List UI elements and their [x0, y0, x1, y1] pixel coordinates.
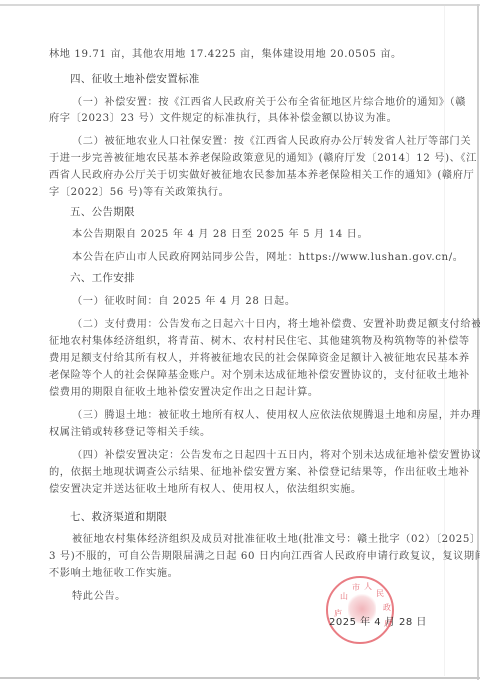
section-six-p4-line1: （四）补偿安置决定：公告发布之日起四十五日内，将对个别未达成征地补偿安置协议 [72, 449, 442, 463]
section-seven-heading: 七、救济渠道和期限 [70, 510, 462, 524]
section-six-p2-line2: 征地农村集体经济组织，将青苗、树木、农村村民住宅、其他建筑物及构筑物等的补偿等 [49, 335, 441, 349]
section-six-p2-line4: 老保险等个人的社会保障基金账户。对个别未达成征地补偿安置协议的，支付征收土地补 [49, 369, 441, 383]
land-area-text: 林地 19.71 亩，其他农用地 17.4225 亩，集体建设用地 20.050… [49, 48, 441, 62]
page-right-border [477, 4, 479, 680]
official-seal: 庐 山 市 人 民 政 府 [326, 576, 394, 644]
notice-period-text: 本公告期限自 2025 年 4 月 28 日至 2025 年 5 月 14 日。 [72, 228, 442, 242]
website-notice-text: 本公告在庐山市人民政府网站同步公告，网址：https://www.lushan.… [72, 251, 442, 265]
section-six-p4-line2: 的，依据土地现状调查公示结果、征地补偿安置方案、补偿登记结果等，作出征收土地补 [49, 466, 441, 480]
section-six-p2-line3: 费用足额支付给其所有权人，并将被征地农民的社会保障资金足额计入被征地农民基本养 [49, 352, 441, 366]
section-six-p3-line2: 权属注销或转移登记等相关手续。 [49, 426, 441, 440]
section-four-p2-line3: 西省人民政府办公厅关于切实做好被征地农民参加基本养老保险相关工作的通知》(赣府厅 [49, 169, 441, 183]
section-six-p4-line3: 偿安置决定并送达征收土地所有权人、使用权人，依法组织实施。 [49, 483, 441, 497]
section-four-p2-line4: 字〔2022〕56 号)等有关政策执行。 [49, 186, 441, 200]
seal-text: 庐 山 市 人 民 政 府 [328, 578, 396, 646]
section-four-heading: 四、征收土地补偿安置标准 [70, 72, 462, 86]
section-six-p2-line5: 偿费用的期限自征收土地补偿安置决定作出之日起计算。 [49, 386, 441, 400]
section-six-p1: （一）征收时间：自 2025 年 4 月 28 日起。 [72, 295, 442, 309]
section-six-heading: 六、工作安排 [70, 271, 462, 285]
section-four-p1-line2: 府字〔2023〕23 号）文件规定的标准执行，具体补偿金额以协议为准。 [49, 112, 441, 126]
section-seven-p1-line2: 3 号)不服的，可自公告期限届满之日起 60 日内向江西省人民政府申请行政复议，… [49, 550, 441, 564]
section-four-p1-line1: （一）补偿安置：按《江西省人民政府关于公布全省征地区片综合地价的通知》（赣 [72, 96, 442, 110]
section-four-p2-line2: 于进一步完善被征地农民基本养老保险政策意见的通知》(赣府厅发〔2014〕12 号… [49, 152, 441, 166]
section-five-heading: 五、公告期限 [70, 205, 462, 219]
signature-date: 2025 年 4 月 28 日 [329, 613, 427, 628]
section-seven-p1-line1: 被征地农村集体经济组织及成员对批准征收土地(批准文号：赣土批字（02）〔2025… [72, 533, 442, 547]
section-six-p2-line1: （二）支付费用：公告发布之日起六十日内，将土地补偿费、安置补助费足额支付给被 [72, 318, 442, 332]
page-top-border [0, 4, 480, 6]
section-four-p2-line1: （二）被征地农业人口社保安置：按《江西省人民政府办公厅转发省人社厅等部门关 [72, 135, 442, 149]
section-six-p3-line1: （三）腾退土地：被征收土地所有权人、使用权人应依法依规腾退土地和房屋，并办理 [72, 409, 442, 423]
page-bottom-border [0, 677, 480, 679]
